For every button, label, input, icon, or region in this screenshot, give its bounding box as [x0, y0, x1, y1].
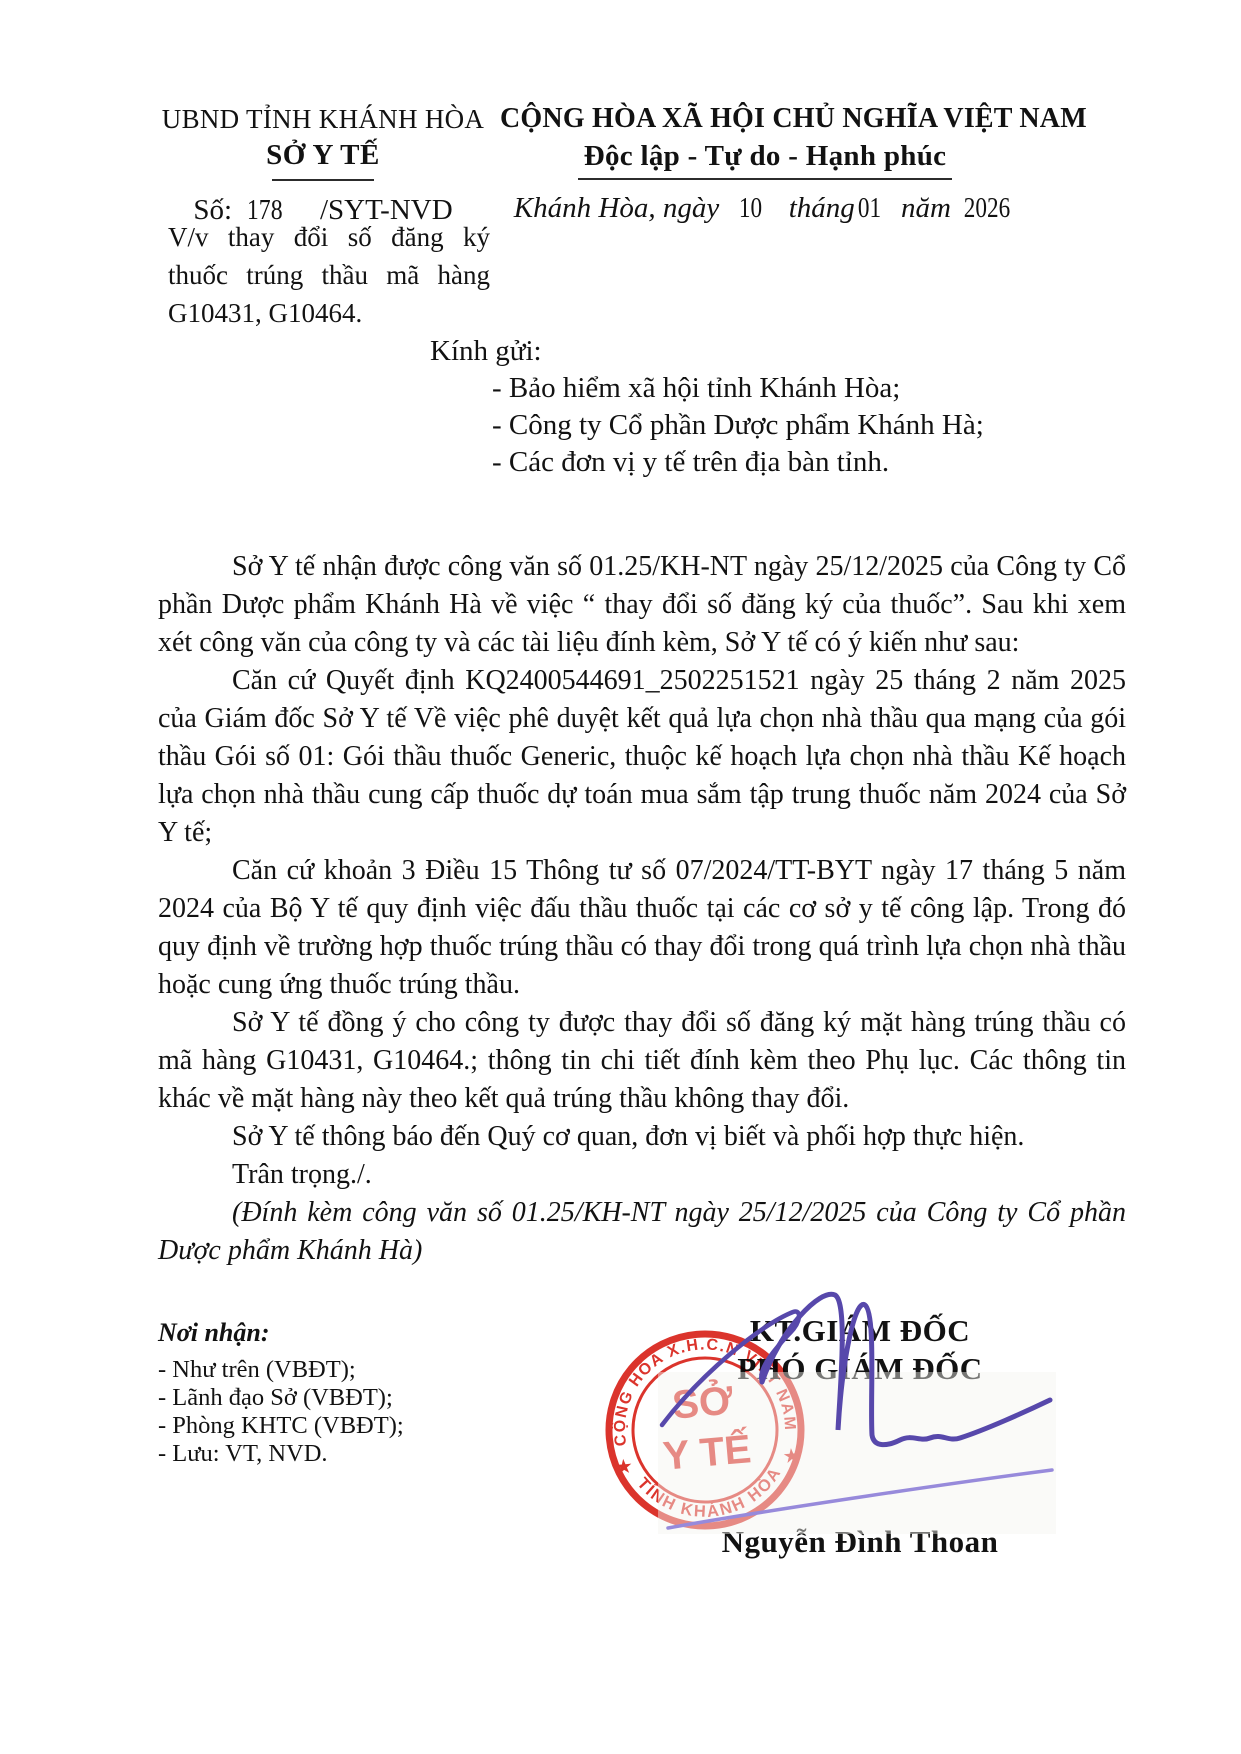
noi-nhan-item: - Lãnh đạo Sở (VBĐT); [158, 1384, 518, 1412]
noi-nhan-item: - Như trên (VBĐT); [158, 1356, 518, 1384]
document-page: UBND TỈNH KHÁNH HÒA SỞ Y TẾ Số: 178 /SYT… [0, 0, 1241, 1754]
recipient-item: - Bảo hiểm xã hội tỉnh Khánh Hòa; [492, 370, 984, 407]
signature-scan-background [658, 1372, 1056, 1534]
org-name: SỞ Y TẾ [158, 139, 488, 172]
noi-nhan-item: - Lưu: VT, NVD. [158, 1440, 518, 1468]
date-day: 10 [739, 192, 762, 225]
header-right-column: CỘNG HÒA XÃ HỘI CHỦ NGHĨA VIỆT NAM Độc l… [500, 103, 1030, 225]
body-paragraph: Sở Y tế nhận được công văn số 01.25/KH-N… [158, 548, 1126, 662]
body-paragraph: Căn cứ khoản 3 Điều 15 Thông tư số 07/20… [158, 852, 1126, 1004]
closing-paragraph: Trân trọng./. [158, 1156, 1126, 1194]
national-motto: Độc lập - Tự do - Hạnh phúc [578, 140, 953, 180]
recipient-item: - Công ty Cổ phần Dược phẩm Khánh Hà; [492, 407, 984, 444]
date-year-label: năm [901, 192, 951, 224]
recipient-item: - Các đơn vị y tế trên địa bàn tỉnh. [492, 444, 984, 481]
date-month-label: tháng [789, 192, 855, 224]
attachment-note: (Đính kèm công văn số 01.25/KH-NT ngày 2… [158, 1194, 1126, 1270]
date-month: 01 [858, 192, 881, 225]
body-paragraph: Sở Y tế thông báo đến Quý cơ quan, đơn v… [158, 1118, 1126, 1156]
noi-nhan-label: Nơi nhận: [158, 1318, 518, 1348]
date-year: 2026 [964, 192, 1010, 225]
header-left-column: UBND TỈNH KHÁNH HÒA SỞ Y TẾ Số: 178 /SYT… [158, 104, 488, 227]
org-name-underline [272, 179, 374, 181]
date-place: Khánh Hòa, ngày [514, 192, 719, 224]
org-parent-name: UBND TỈNH KHÁNH HÒA [158, 104, 488, 135]
recipients-label: Kính gửi: [430, 333, 984, 370]
recipients-list: - Bảo hiểm xã hội tỉnh Khánh Hòa; - Công… [492, 370, 984, 481]
body-text: Sở Y tế nhận được công văn số 01.25/KH-N… [158, 548, 1126, 1270]
date-line: Khánh Hòa, ngày 10 tháng01 năm 2026 [500, 192, 1030, 225]
recipients-block: Kính gửi: - Bảo hiểm xã hội tỉnh Khánh H… [430, 333, 984, 481]
body-paragraph: Sở Y tế đồng ý cho công ty được thay đổi… [158, 1004, 1126, 1118]
recipients-footer-block: Nơi nhận: - Như trên (VBĐT); - Lãnh đạo … [158, 1318, 518, 1468]
noi-nhan-item: - Phòng KHTC (VBĐT); [158, 1412, 518, 1440]
noi-nhan-list: - Như trên (VBĐT); - Lãnh đạo Sở (VBĐT);… [158, 1356, 518, 1468]
subject-line: V/v thay đổi số đăng ký thuốc trúng thầu… [168, 218, 490, 332]
handwritten-signature [630, 1270, 1080, 1545]
national-title: CỘNG HÒA XÃ HỘI CHỦ NGHĨA VIỆT NAM [500, 103, 1030, 135]
body-paragraph: Căn cứ Quyết định KQ2400544691_250225152… [158, 662, 1126, 852]
